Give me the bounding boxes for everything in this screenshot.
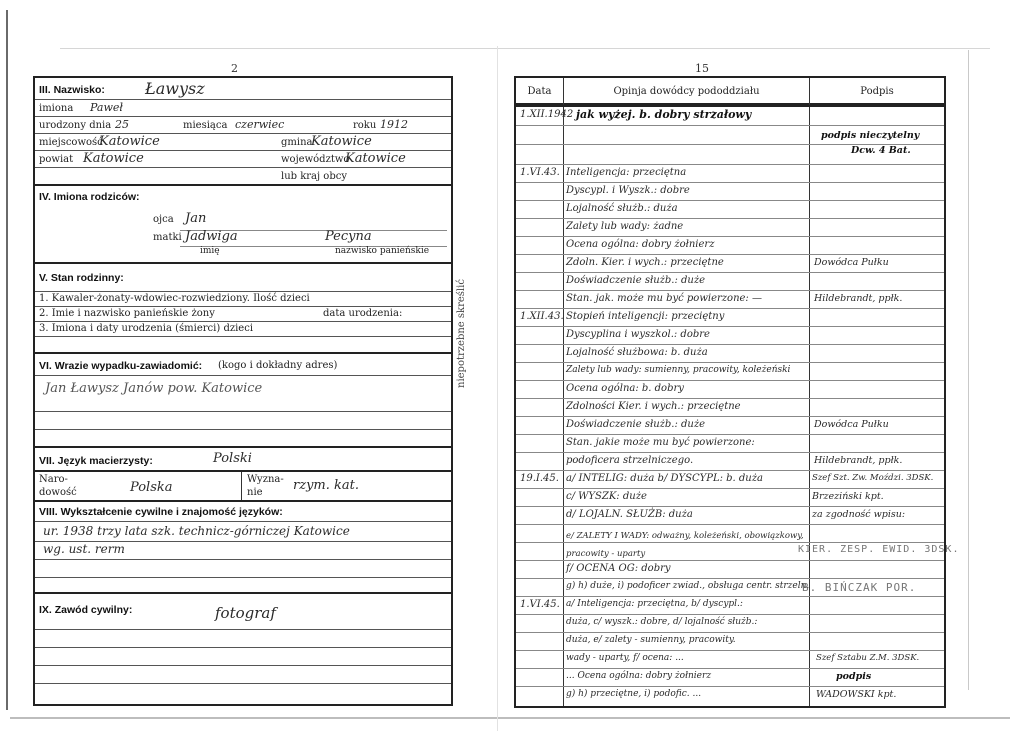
section-vi-title: VI. Wrazie wypadku-zawiadomić: (39, 360, 202, 372)
page-edge (968, 50, 969, 690)
born-day-value: 25 (115, 118, 129, 131)
book-gutter (497, 46, 498, 731)
rule-line (516, 308, 944, 309)
month-label: miesiąca (183, 120, 227, 131)
entry-opinion-line: Ocena ogólna: dobry żołnierz (566, 239, 714, 250)
entry-signature: Brzeziński kpt. (812, 491, 884, 502)
first-names-label: imiona (39, 103, 73, 114)
surname-value: Ławysz (145, 79, 205, 98)
rule-line (516, 218, 944, 219)
entry-date: 1.VI.43. (520, 167, 560, 178)
parents-section: IV. Imiona rodziców: ojca Jan matki Jadw… (35, 186, 451, 264)
rule-line (516, 650, 944, 651)
marital-item-2: 2. Imie i nazwisko panieńskie żony data … (35, 307, 451, 322)
left-page-number: 2 (231, 62, 238, 75)
rule-line (516, 668, 944, 669)
entry-opinion-line: Zdoln. Kier. i wych.: przeciętne (566, 257, 724, 268)
right-page-number: 15 (695, 62, 709, 75)
entry-opinion-line: f/ OCENA OG: dobry (566, 563, 671, 574)
entry-signature: Szef Sztabu Z.M. 3DSK. (816, 653, 919, 663)
scan-edge (10, 717, 1010, 719)
entry-signature: Hildebrandt, ppłk. (814, 455, 902, 466)
first-names-row: imiona Paweł (35, 100, 451, 117)
commander-opinion-table: Data Opinja dowódcy pododdziału Podpis 1… (514, 76, 946, 708)
education-value: ur. 1938 trzy lata szk. technicz-górnicz… (43, 524, 350, 538)
district-label: powiat (39, 154, 73, 165)
rule-line (516, 236, 944, 237)
religion-label: Wyzna- (247, 474, 284, 485)
rule-line (516, 344, 944, 345)
emergency-contact-value: Jan Ławysz Janów pow. Katowice (45, 381, 262, 396)
entry-opinion-line: Lojalność służb.: duża (566, 203, 678, 214)
entry-opinion-line: Zalety lub wady: żadne (566, 221, 683, 232)
entry-opinion-line: Zalety lub wady: sumienny, pracowity, ko… (566, 365, 790, 375)
blank-row (35, 578, 451, 594)
column-divider (563, 78, 564, 706)
rule-line (516, 578, 944, 579)
emergency-contact-header: VI. Wrazie wypadku-zawiadomić: (kogo i d… (35, 354, 451, 376)
first-names-value: Paweł (90, 101, 123, 114)
entry-opinion-line: g) h) przeciętne, i) podofic. ... (566, 689, 701, 699)
born-day-label: urodzony dnia (39, 120, 111, 131)
entry-opinion-line: Zdolności Kier. i wych.: przeciętne (566, 401, 741, 412)
year-label: roku (353, 120, 376, 131)
emergency-contact-value-row: Jan Ławysz Janów pow. Katowice (35, 376, 451, 412)
rule-line (516, 614, 944, 615)
entry-opinion-line: Lojalność służbowa: b. duża (566, 347, 708, 358)
occupation-value: fotograf (215, 604, 276, 622)
rule-line (516, 632, 944, 633)
education-line-1: ur. 1938 trzy lata szk. technicz-górnicz… (35, 522, 451, 542)
rule-line (516, 452, 944, 453)
stamp: B. BIŃCZAK POR. (802, 581, 916, 594)
section-iv-title: IV. Imiona rodziców: (39, 191, 140, 203)
district-row: powiat Katowice województwo Katowice (35, 151, 451, 168)
marital-item-1: 1. Kawaler-żonaty-wdowiec-rozwiedziony. … (35, 292, 451, 307)
entry-signature: WADOWSKI kpt. (816, 689, 896, 700)
rule-line (516, 488, 944, 489)
entry-opinion-line: duża, e/ zalety - sumienny, pracowity. (566, 635, 736, 645)
entry-opinion-line: ... Ocena ogólna: dobry żołnierz (566, 671, 711, 681)
rule-line (516, 362, 944, 363)
entry-signature: podpis nieczytelny (821, 130, 919, 141)
foreign-country-label: lub kraj obcy (281, 171, 347, 182)
entry-opinion-line: Doświadczenie służb.: duże (566, 419, 705, 430)
rule-line (516, 416, 944, 417)
surname-row: III. Nazwisko: Ławysz (35, 78, 451, 100)
education-header: VIII. Wykształcenie cywilne i znajomość … (35, 502, 451, 522)
entry-signature: podpis (836, 671, 871, 682)
father-label: ojca (153, 214, 174, 225)
nationality-value: Polska (130, 480, 173, 495)
marital-status-text: 1. Kawaler-żonaty-wdowiec-rozwiedziony. … (39, 293, 310, 304)
rule-line (516, 686, 944, 687)
blank-row (35, 560, 451, 578)
blank-row (35, 666, 451, 684)
entry-opinion-line: duża, c/ wyszk.: dobre, d/ lojalność słu… (566, 617, 757, 627)
father-value: Jan (185, 211, 206, 226)
section-ix-title: IX. Zawód cywilny: (39, 604, 132, 616)
commune-value: Katowice (311, 134, 372, 149)
rule-line (516, 125, 944, 126)
entry-opinion-line: Dyscyplina i wyszkol.: dobre (566, 329, 710, 340)
entry-signature: Dcw. 4 Bat. (851, 145, 911, 156)
header-divider (516, 105, 944, 107)
blank-row (35, 412, 451, 430)
commune-label: gmina (281, 137, 312, 148)
blank-row (35, 337, 451, 354)
section-vii-title: VII. Język macierzysty: (39, 455, 153, 467)
rule-line (516, 398, 944, 399)
education-line-2: wg. ust. rerm (35, 542, 451, 560)
rule-line (516, 254, 944, 255)
entry-opinion-line: a/ INTELIG: duża b/ DYSCYPL: b. duża (566, 473, 763, 484)
entry-signature: Dowódca Pułku (814, 257, 889, 268)
entry-date: 1.VI.45. (520, 599, 560, 610)
entry-date: 1.XII.43. (520, 311, 564, 322)
birth-row: urodzony dnia 25 miesiąca czerwiec roku … (35, 117, 451, 134)
rule-line (516, 200, 944, 201)
place-value: Katowice (99, 134, 160, 149)
mother-first-name: Jadwiga (185, 229, 238, 244)
mother-tongue-value: Polski (213, 451, 252, 466)
stamp: KIER. ZESP. EWID. 3DSK. (798, 544, 959, 555)
mother-label: matki (153, 232, 182, 243)
rule-line (516, 524, 944, 525)
scan-edge (6, 10, 8, 710)
entry-date: 19.I.45. (520, 473, 559, 484)
entry-date: 1.XII.1942 (520, 109, 573, 120)
rule-line (516, 164, 944, 165)
entry-opinion-line: Dyscypl. i Wyszk.: dobre (566, 185, 690, 196)
rule-line (516, 290, 944, 291)
header-signature: Podpis (810, 78, 944, 105)
blank-row (35, 630, 451, 648)
education-value: wg. ust. rerm (43, 542, 125, 556)
year-value: 1912 (380, 118, 408, 131)
entry-signature: Dowódca Pułku (814, 419, 889, 430)
entry-signature: Hildebrandt, ppłk. (814, 293, 902, 304)
rule-line (516, 506, 944, 507)
district-value: Katowice (83, 151, 144, 166)
entry-opinion-line: Inteligencja: przeciętna (566, 167, 686, 178)
section-v-title: V. Stan rodzinny: (39, 272, 124, 284)
birth-date-label: data urodzenia: (323, 308, 402, 319)
entry-opinion-line: d/ LOJALN. SŁUŻB: duża (566, 509, 693, 520)
entry-opinion-line: Stan. jak. może mu być powierzone: — (566, 293, 762, 304)
month-value: czerwiec (235, 118, 284, 131)
entry-opinion-line: c/ WYSZK: duże (566, 491, 647, 502)
rule-line (516, 272, 944, 273)
entry-opinion-line: jak wyżej. b. dobry strzałowy (576, 108, 751, 121)
rule-line (516, 326, 944, 327)
occupation-row: IX. Zawód cywilny: fotograf (35, 594, 451, 630)
maiden-name-caption: nazwisko panieńskie (335, 246, 429, 256)
entry-opinion-line: a/ Inteligencja: przeciętna, b/ dyscypl.… (566, 599, 743, 609)
section-iii-title: III. Nazwisko: (39, 84, 105, 96)
entry-signature: Szef Szt. Zw. Moździ. 3DSK. (812, 473, 933, 483)
blank-row (35, 430, 451, 448)
section-viii-title: VIII. Wykształcenie cywilne i znajomość … (39, 506, 283, 518)
religion-label: nie (247, 487, 263, 498)
entry-opinion-line: g) h) duże, i) podoficer zwiad., obsługa… (566, 581, 809, 591)
marital-status-header: V. Stan rodzinny: (35, 264, 451, 292)
entry-signature: za zgodność wpisu: (812, 509, 905, 520)
section-vi-subtitle: (kogo i dokładny adres) (218, 360, 337, 371)
marital-item-3: 3. Imiona i daty urodzenia (śmierci) dzi… (35, 322, 451, 337)
entry-opinion-line: e/ ZALETY I WADY: odważny, koleżeński, o… (566, 527, 806, 563)
header-opinion: Opinja dowódcy pododdziału (564, 78, 809, 105)
nationality-label: Naro- (39, 474, 68, 485)
entry-opinion-line: wady - uparty, f/ ocena: ... (566, 653, 684, 663)
rule-line (516, 596, 944, 597)
blank-row (35, 648, 451, 666)
mother-tongue-row: VII. Język macierzysty: Polski (35, 448, 451, 472)
place-label: miejscowość (39, 137, 103, 148)
personal-data-form: III. Nazwisko: Ławysz imiona Paweł urodz… (33, 76, 453, 706)
mother-maiden-name: Pecyna (325, 229, 372, 244)
page-edge (60, 48, 990, 49)
rule-line (516, 380, 944, 381)
nationality-label: dowość (39, 487, 77, 498)
rule-line (516, 182, 944, 183)
first-name-caption: imię (200, 246, 220, 256)
religion-value: rzym. kat. (293, 478, 359, 493)
spouse-name-label: 2. Imie i nazwisko panieńskie żony (39, 308, 215, 319)
children-label: 3. Imiona i daty urodzenia (śmierci) dzi… (39, 323, 253, 334)
entry-opinion-line: podoficera strzelniczego. (566, 455, 693, 466)
foreign-country-row: lub kraj obcy (35, 168, 451, 186)
entry-opinion-line: Doświadczenie służb.: duże (566, 275, 705, 286)
rule-line (516, 470, 944, 471)
side-note: niepotrzebne skreślić (456, 279, 467, 388)
entry-opinion-line: Ocena ogólna: b. dobry (566, 383, 684, 394)
place-row: miejscowość Katowice gmina Katowice (35, 134, 451, 151)
rule-line (516, 434, 944, 435)
column-divider (809, 78, 810, 706)
nationality-religion-row: Naro- dowość Polska Wyzna- nie rzym. kat… (35, 472, 451, 502)
voivodeship-label: województwo (281, 154, 349, 165)
entry-opinion-line: Stopień inteligencji: przeciętny (566, 311, 724, 322)
header-date: Data (516, 78, 563, 105)
entry-opinion-line: Stan. jakie może mu być powierzone: (566, 437, 755, 448)
voivodeship-value: Katowice (345, 151, 406, 166)
column-divider (241, 472, 242, 500)
